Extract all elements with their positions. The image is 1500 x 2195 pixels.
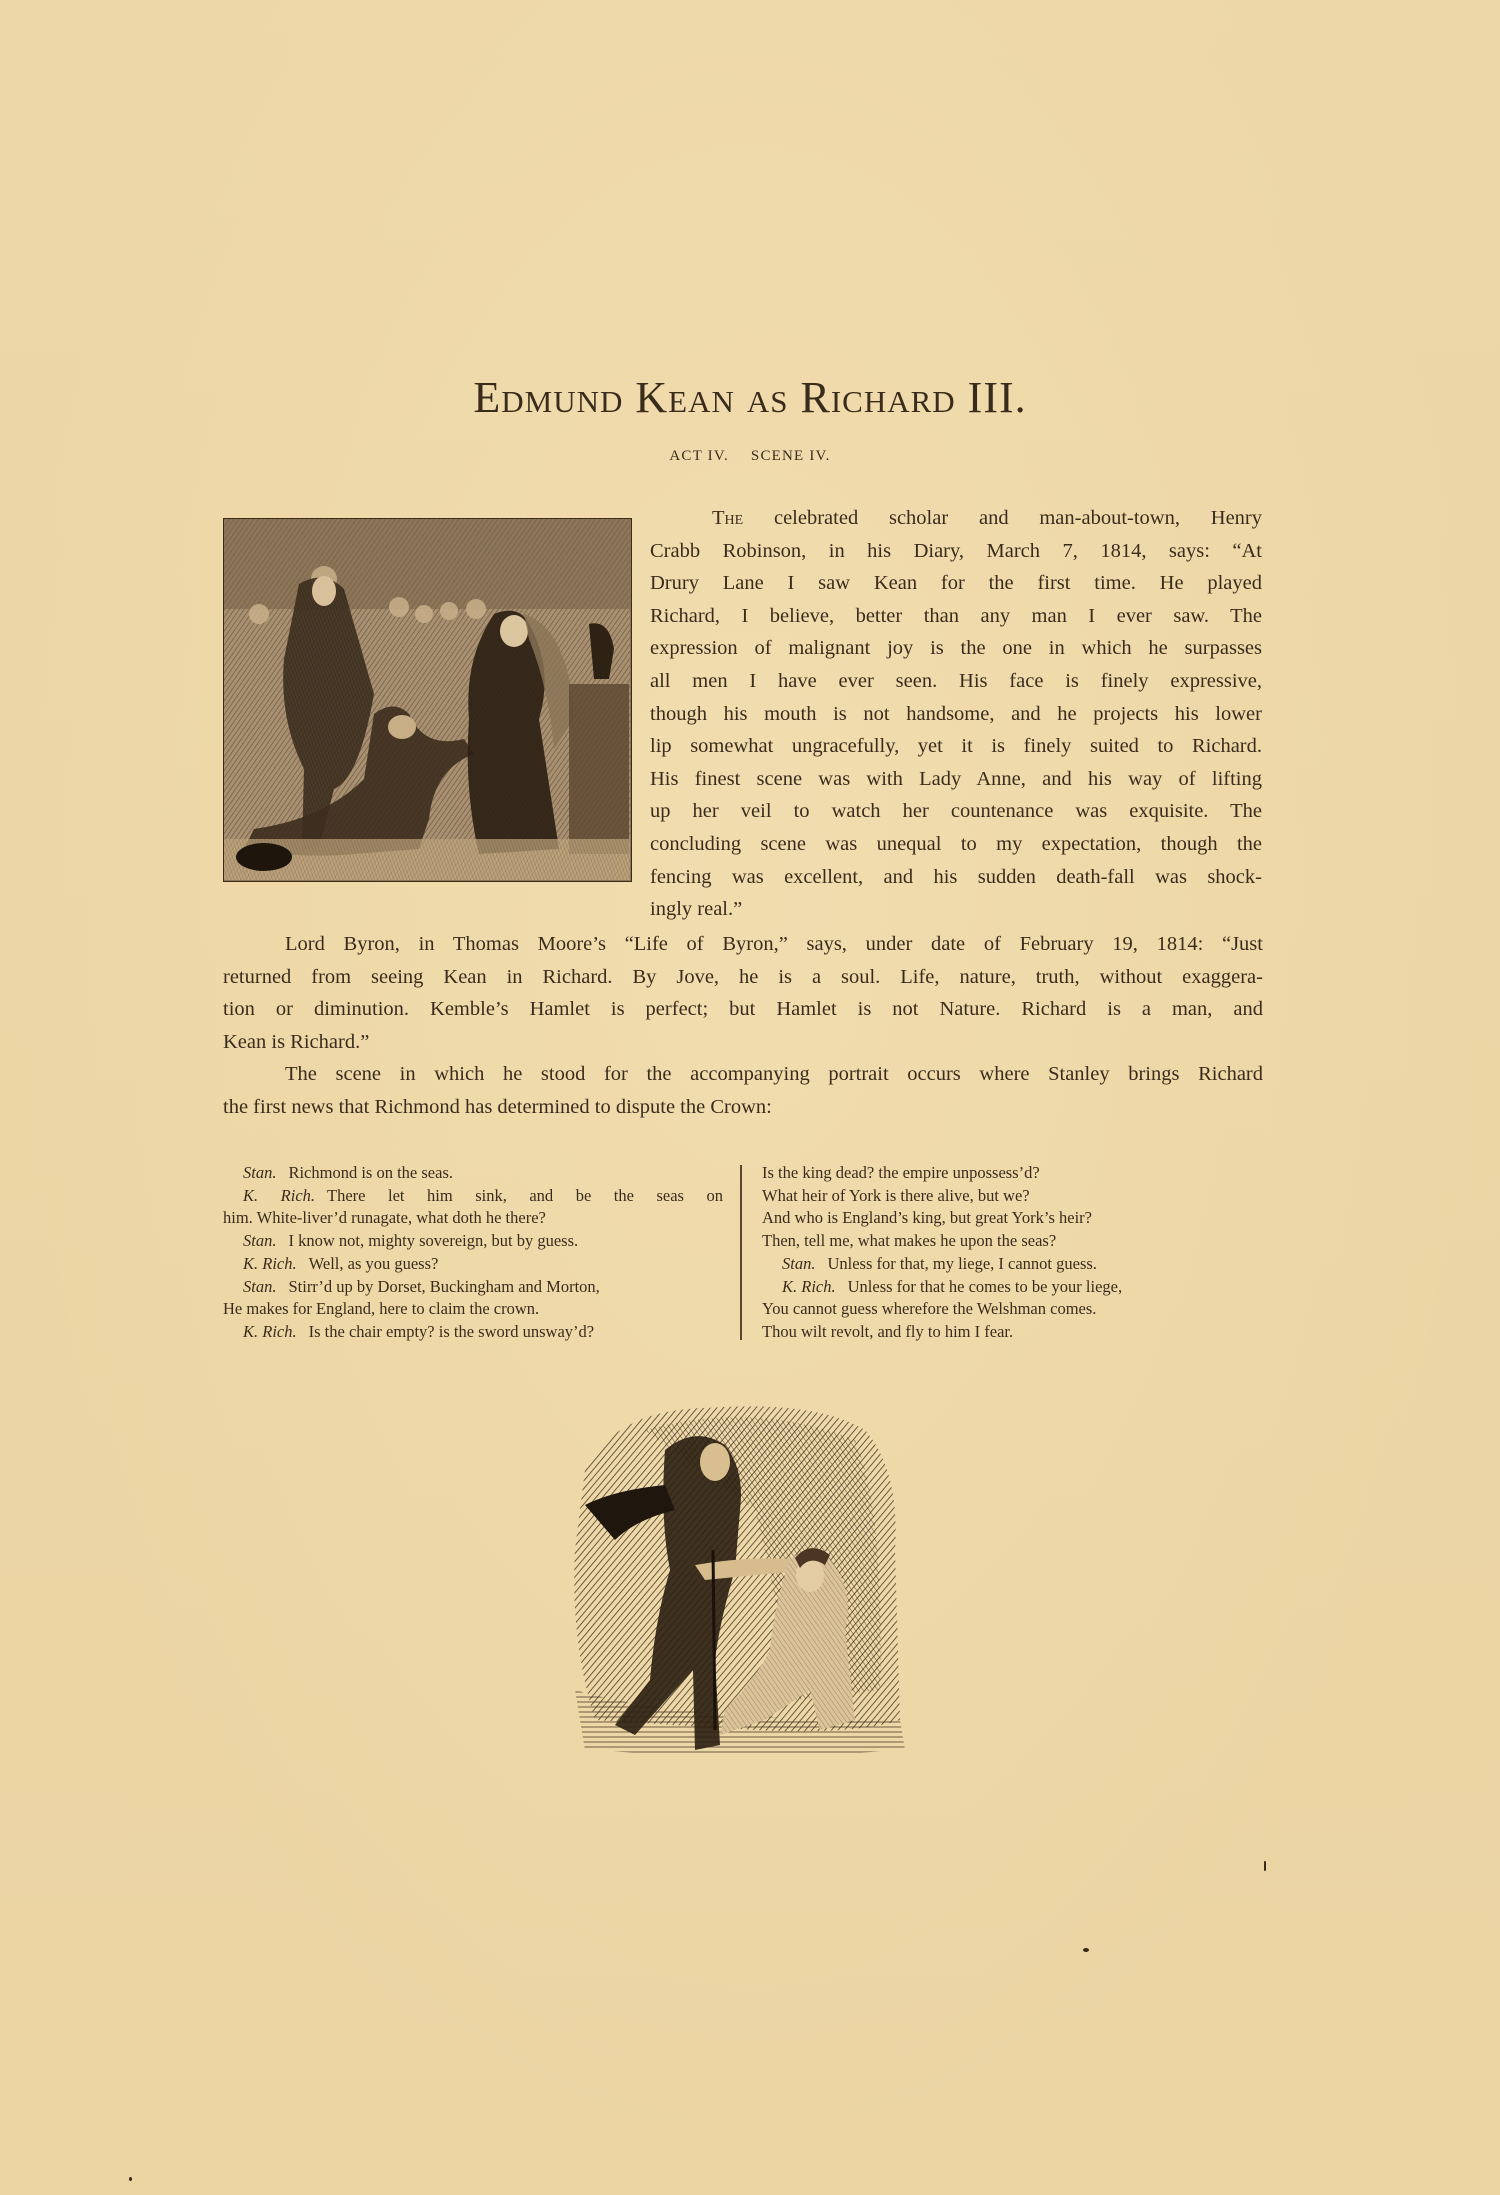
verse-line: Then, tell me, what makes he upon the se… — [762, 1230, 1267, 1253]
text-line: The celebrated scholar and man-about-tow… — [650, 502, 1262, 535]
speaker-name: Stan. — [243, 1277, 276, 1296]
text-line: Richard, I believe, better than any man … — [650, 600, 1262, 633]
verse-line: him. White-liver’d runagate, what doth h… — [223, 1207, 723, 1230]
text-line: The scene in which he stood for the acco… — [223, 1058, 1263, 1091]
lead-smallcaps: The — [712, 507, 743, 529]
speaker-name: Stan. — [782, 1254, 815, 1273]
text-line: up her veil to watch her countenance was… — [650, 795, 1262, 828]
verse-column-left: Stan.Richmond is on the seas. K. Rich.Th… — [223, 1162, 723, 1344]
verse-line: K. Rich.Is the chair empty? is the sword… — [223, 1321, 723, 1344]
text-line: all men I have ever seen. His face is fi… — [650, 665, 1262, 698]
act-scene-heading: ACT IV.SCENE IV. — [0, 448, 1500, 465]
text-line: Kean is Richard.” — [223, 1026, 1263, 1059]
text-line: His finest scene was with Lady Anne, and… — [650, 763, 1262, 796]
engraving-richard-and-stanley-icon — [555, 1390, 927, 1785]
verse-line: He makes for England, here to claim the … — [223, 1298, 723, 1321]
paragraph-robinson: The celebrated scholar and man-about-tow… — [650, 502, 1262, 926]
verse-line: What heir of York is there alive, but we… — [762, 1185, 1267, 1208]
verse-line: Stan.Stirr’d up by Dorset, Buckingham an… — [223, 1276, 723, 1299]
column-divider — [740, 1165, 742, 1340]
text-line: tion or diminution. Kemble’s Hamlet is p… — [223, 993, 1263, 1026]
act-label: ACT IV. — [669, 448, 729, 464]
verse-line: K. Rich.Unless for that he comes to be y… — [762, 1276, 1267, 1299]
text-line: ingly real.” — [650, 893, 1262, 926]
verse-line: Thou wilt revolt, and fly to him I fear. — [762, 1321, 1267, 1344]
verse-line: K. Rich.There let him sink, and be the s… — [223, 1185, 723, 1208]
text-line: Crabb Robinson, in his Diary, March 7, 1… — [650, 535, 1262, 568]
verse-line: You cannot guess wherefore the Welshman … — [762, 1298, 1267, 1321]
text-line: Drury Lane I saw Kean for the first time… — [650, 567, 1262, 600]
verse-line: Stan.I know not, mighty sovereign, but b… — [223, 1230, 723, 1253]
speaker-name: K. Rich. — [243, 1322, 297, 1341]
verse-line: Is the king dead? the empire unpossess’d… — [762, 1162, 1267, 1185]
speaker-name: K. Rich. — [243, 1186, 315, 1205]
scene-label: SCENE IV. — [751, 448, 831, 464]
paper-speck — [1083, 1948, 1089, 1952]
paragraph-scene: The scene in which he stood for the acco… — [223, 1058, 1263, 1123]
text-line: Lord Byron, in Thomas Moore’s “Life of B… — [223, 928, 1263, 961]
text-line: concluding scene was unequal to my expec… — [650, 828, 1262, 861]
text-line: though his mouth is not handsome, and he… — [650, 698, 1262, 731]
verse-line: Stan.Unless for that, my liege, I cannot… — [762, 1253, 1267, 1276]
paper-speck — [129, 2177, 132, 2181]
page-title: Edmund Kean as Richard III. — [0, 372, 1500, 423]
verse-column-right: Is the king dead? the empire unpossess’d… — [762, 1162, 1267, 1344]
verse-line: Stan.Richmond is on the seas. — [223, 1162, 723, 1185]
text-line: fencing was excellent, and his sudden de… — [650, 861, 1262, 894]
paper-speck — [1264, 1861, 1266, 1871]
text-line: expression of malignant joy is the one i… — [650, 632, 1262, 665]
engraving-richard-and-lady-anne-icon — [223, 518, 632, 882]
text-line: returned from seeing Kean in Richard. By… — [223, 961, 1263, 994]
speaker-name: K. Rich. — [243, 1254, 297, 1273]
verse-line: K. Rich.Well, as you guess? — [223, 1253, 723, 1276]
verse-line: And who is England’s king, but great Yor… — [762, 1207, 1267, 1230]
text-line: lip somewhat ungracefully, yet it is fin… — [650, 730, 1262, 763]
speaker-name: Stan. — [243, 1163, 276, 1182]
text-line: the first news that Richmond has determi… — [223, 1091, 1263, 1124]
paragraph-byron: Lord Byron, in Thomas Moore’s “Life of B… — [223, 928, 1263, 1058]
speaker-name: Stan. — [243, 1231, 276, 1250]
speaker-name: K. Rich. — [782, 1277, 836, 1296]
